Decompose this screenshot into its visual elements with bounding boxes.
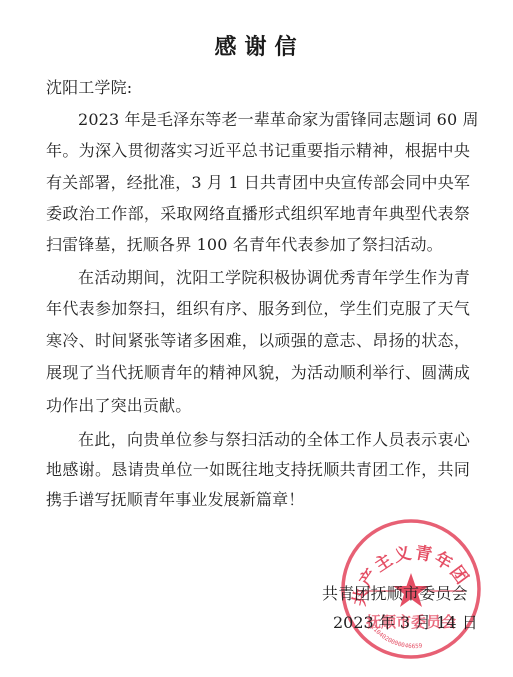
- paragraph-line: 年。为深入贯彻落实习近平总书记重要指示精神，根据中央: [46, 141, 470, 161]
- signature-organization: 共青团抚顺市委员会: [322, 584, 468, 604]
- paragraph-line: 功作出了突出贡献。: [46, 396, 470, 416]
- letter-title: 感谢信: [0, 34, 513, 62]
- paragraph-line: 在活动期间，沈阳工学院积极协调优秀青年学生作为青: [78, 268, 470, 288]
- paragraph-line: 在此，向贵单位参与祭扫活动的全体工作人员表示衷心: [78, 430, 470, 450]
- paragraph-line: 2023 年是毛泽东等老一辈革命家为雷锋同志题词 60 周: [78, 110, 470, 130]
- paragraph-line: 年代表参加祭扫，组织有序、服务到位，学生们克服了天气: [46, 299, 470, 319]
- paragraph-line: 寒冷、时间紧张等诸多困难，以顽强的意志、昂扬的状态，: [46, 331, 470, 351]
- paragraph-line: 地感谢。恳请贵单位一如既往地支持抚顺共青团工作，共同: [46, 460, 470, 480]
- paragraph-line: 展现了当代抚顺青年的精神风貌，为活动顺利举行、圆满成: [46, 363, 470, 383]
- paragraph-line: 携手谱写抚顺青年事业发展新篇章！: [46, 490, 470, 510]
- signature-date: 2023 年 3 月 14 日: [333, 613, 478, 633]
- paragraph-line: 有关部署，经批准，3 月 1 日共青团中央宣传部会同中央军: [46, 173, 470, 193]
- letter-page: 感谢信 沈阳工学院: 2023 年是毛泽东等老一辈革命家为雷锋同志题词 60 周…: [0, 0, 513, 677]
- paragraph-line: 扫雷锋墓，抚顺各界 100 名青年代表参加了祭扫活动。: [46, 235, 470, 255]
- paragraph-line: 委政治工作部，采取网络直播形式组织军地青年典型代表祭: [46, 204, 470, 224]
- salutation: 沈阳工学院:: [46, 78, 132, 98]
